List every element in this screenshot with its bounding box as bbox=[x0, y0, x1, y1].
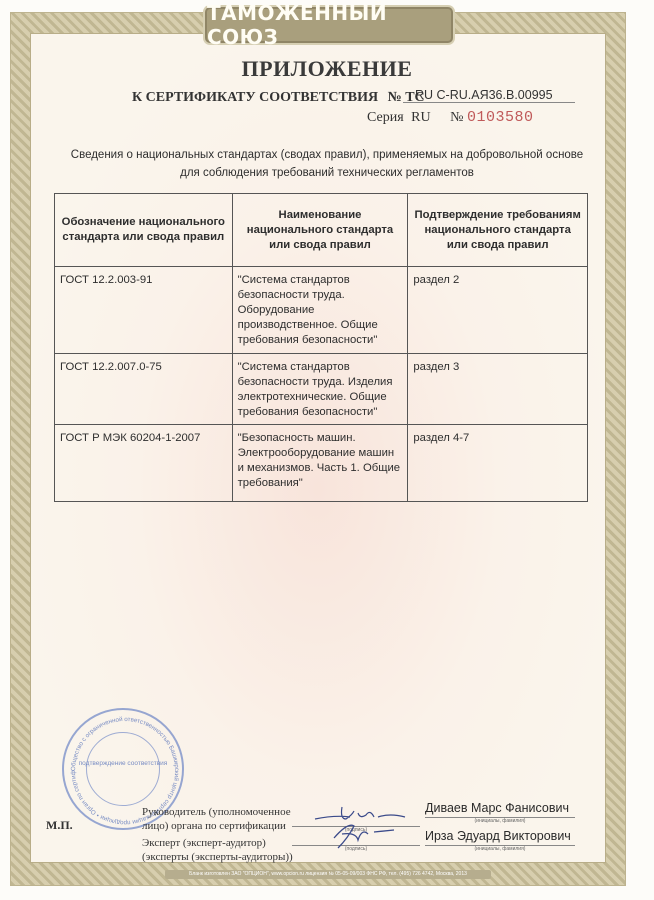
seal-place-label: М.П. bbox=[46, 818, 73, 833]
standard-name: "Система стандартов безопасности труда. … bbox=[232, 267, 408, 354]
series-line: Серия RU № 0103580 bbox=[367, 109, 533, 126]
table-row: ГОСТ Р МЭК 60204-1-2007 "Безопасность ма… bbox=[55, 425, 588, 502]
expert-signature bbox=[328, 818, 408, 852]
expert-name: Ирза Эдуард Викторович bbox=[425, 829, 571, 843]
standard-section: раздел 3 bbox=[408, 354, 588, 425]
page-title: ПРИЛОЖЕНИЕ bbox=[0, 56, 654, 82]
standard-code: ГОСТ 12.2.003-91 bbox=[55, 267, 233, 354]
series-label: Серия bbox=[367, 110, 404, 125]
certificate-reference: К СЕРТИФИКАТУ СООТВЕТСТВИЯ № ТС bbox=[132, 90, 425, 106]
standard-name: "Безопасность машин. Электрооборудование… bbox=[232, 425, 408, 502]
standards-table: Обозначение национального стандарта или … bbox=[54, 193, 588, 502]
header-name: Наименование национального стандарта или… bbox=[232, 194, 408, 267]
stamp-inner-ring bbox=[86, 732, 160, 806]
table-row: ГОСТ 12.2.007.0-75 "Система стандартов б… bbox=[55, 354, 588, 425]
cert-label: К СЕРТИФИКАТУ СООТВЕТСТВИЯ bbox=[132, 90, 378, 105]
series-value: RU bbox=[411, 110, 430, 125]
series-number: 0103580 bbox=[467, 109, 534, 126]
stamp-center-text: подтверждение соответствия bbox=[64, 760, 182, 768]
head-name-caption: (инициалы, фамилия) bbox=[425, 818, 575, 824]
head-name: Диваев Марс Фанисович bbox=[425, 801, 569, 815]
standard-name: "Система стандартов безопасности труда. … bbox=[232, 354, 408, 425]
header-confirmation: Подтверждение требованиям национального … bbox=[408, 194, 588, 267]
header-designation: Обозначение национального стандарта или … bbox=[55, 194, 233, 267]
badge-text: ТАМОЖЕННЫЙ СОЮЗ bbox=[207, 1, 451, 49]
series-no-label: № bbox=[450, 110, 463, 125]
customs-union-badge: ТАМОЖЕННЫЙ СОЮЗ bbox=[205, 7, 453, 43]
head-label: Руководитель (уполномоченное лицо) орган… bbox=[142, 805, 302, 833]
standard-code: ГОСТ 12.2.007.0-75 bbox=[55, 354, 233, 425]
table-header-row: Обозначение национального стандарта или … bbox=[55, 194, 588, 267]
intro-text: Сведения о национальных стандартах (свод… bbox=[60, 146, 594, 182]
standard-section: раздел 2 bbox=[408, 267, 588, 354]
table-row: ГОСТ 12.2.003-91 "Система стандартов без… bbox=[55, 267, 588, 354]
standard-section: раздел 4-7 bbox=[408, 425, 588, 502]
printer-info-strip: Бланк изготовлен ЗАО "ОПЦИОН", www.opcio… bbox=[165, 870, 491, 879]
expert-label: Эксперт (эксперт-аудитор) (эксперты (экс… bbox=[142, 836, 302, 864]
standard-code: ГОСТ Р МЭК 60204-1-2007 bbox=[55, 425, 233, 502]
expert-name-caption: (инициалы, фамилия) bbox=[425, 846, 575, 852]
certificate-number: RU C-RU.АЯ36.В.00995 bbox=[403, 88, 575, 103]
